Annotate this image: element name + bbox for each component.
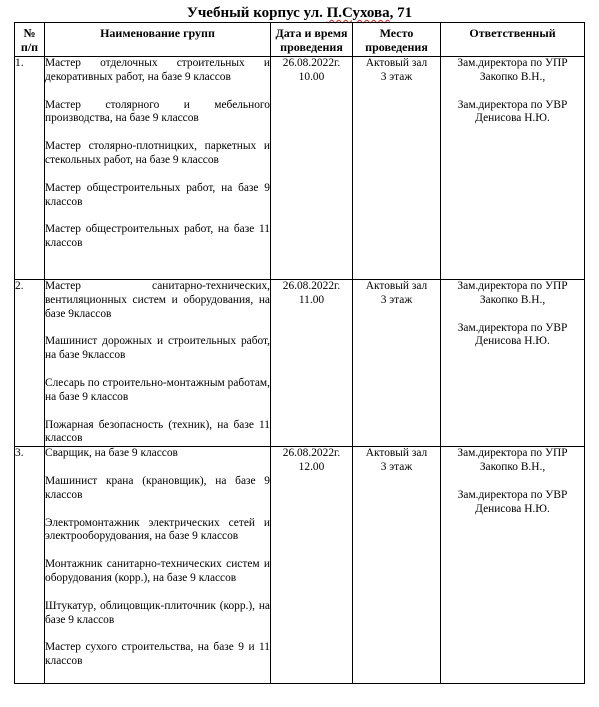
header-date-time: Дата и время проведения (271, 23, 353, 57)
responsible-person: Зам.директора по УВРДенисова Н.Ю. (441, 489, 584, 517)
schedule-table: № п/п Наименование групп Дата и время пр… (14, 22, 585, 684)
responsible-name: Закопко В.Н., (441, 294, 584, 308)
group-item: Пожарная безопасность (техник), на базе … (45, 419, 270, 447)
responsible-cell: Зам.директора по УПРЗакопко В.Н.,Зам.дир… (441, 447, 585, 684)
place-floor: 3 этаж (353, 71, 440, 85)
group-item: Сварщик, на базе 9 классов (45, 447, 270, 461)
responsible-name: Закопко В.Н., (441, 461, 584, 475)
responsible-name: Денисова Н.Ю. (441, 503, 584, 517)
document-title: Учебный корпус ул. П.Сухова, 71 (0, 5, 599, 22)
place-hall: Актовый зал (353, 447, 440, 461)
title-suffix: , 71 (390, 5, 413, 21)
group-item: Мастер столярно-плотницких, паркетных и … (45, 140, 270, 168)
group-list: Сварщик, на базе 9 классовМашинист крана… (45, 447, 271, 684)
responsible-person: Зам.директора по УПРЗакопко В.Н., (441, 280, 584, 308)
event-time: 11.00 (271, 294, 352, 308)
place-cell: Актовый зал 3 этаж (353, 280, 441, 447)
group-item: Машинист крана (крановщик), на базе 9 кл… (45, 475, 270, 503)
group-item: Мастер санитарно-технических, вентиляцио… (45, 280, 270, 321)
table-row-2: 2. Мастер санитарно-технических, вентиля… (15, 280, 585, 447)
date-time-cell: 26.08.2022г. 11.00 (271, 280, 353, 447)
responsible-role: Зам.директора по УВР (441, 99, 584, 113)
header-group-name: Наименование групп (45, 23, 271, 57)
row-number: 1. (15, 57, 45, 280)
title-street-spellcheck: П.Сухова (327, 5, 390, 21)
header-place: Место проведения (353, 23, 441, 57)
responsible-role: Зам.директора по УПР (441, 57, 584, 71)
responsible-person: Зам.директора по УПРЗакопко В.Н., (441, 57, 584, 85)
group-item: Мастер сухого строительства, на базе 9 и… (45, 641, 270, 669)
group-item: Монтажник санитарно-технических систем и… (45, 558, 270, 586)
responsible-person: Зам.директора по УВРДенисова Н.Ю. (441, 99, 584, 127)
date-time-cell: 26.08.2022г. 12.00 (271, 447, 353, 684)
group-item: Машинист дорожных и строительных работ, … (45, 335, 270, 363)
group-item: Мастер общестроительных работ, на базе 1… (45, 223, 270, 251)
group-item: Мастер отделочных строительных и декорат… (45, 57, 270, 85)
table-row-3: 3. Сварщик, на базе 9 классовМашинист кр… (15, 447, 585, 684)
group-item: Электромонтажник электрических сетей и э… (45, 517, 270, 545)
place-hall: Актовый зал (353, 280, 440, 294)
responsible-role: Зам.директора по УВР (441, 322, 584, 336)
group-list: Мастер отделочных строительных и декорат… (45, 57, 271, 280)
responsible-cell: Зам.директора по УПРЗакопко В.Н.,Зам.дир… (441, 57, 585, 280)
responsible-role: Зам.директора по УВР (441, 489, 584, 503)
responsible-person: Зам.директора по УВРДенисова Н.Ю. (441, 322, 584, 350)
group-item: Мастер столярного и мебельного производс… (45, 99, 270, 127)
row-number: 3. (15, 447, 45, 684)
place-floor: 3 этаж (353, 294, 440, 308)
responsible-person: Зам.директора по УПРЗакопко В.Н., (441, 447, 584, 475)
event-date: 26.08.2022г. (271, 447, 352, 461)
responsible-role: Зам.директора по УПР (441, 447, 584, 461)
place-cell: Актовый зал 3 этаж (353, 57, 441, 280)
event-date: 26.08.2022г. (271, 280, 352, 294)
date-time-cell: 26.08.2022г. 10.00 (271, 57, 353, 280)
group-list: Мастер санитарно-технических, вентиляцио… (45, 280, 271, 447)
group-item: Штукатур, облицовщик-плиточник (корр.), … (45, 600, 270, 628)
place-hall: Актовый зал (353, 57, 440, 71)
title-prefix: Учебный корпус ул. (187, 5, 327, 21)
table-header-row: № п/п Наименование групп Дата и время пр… (15, 23, 585, 57)
header-number: № п/п (15, 23, 45, 57)
place-cell: Актовый зал 3 этаж (353, 447, 441, 684)
responsible-name: Закопко В.Н., (441, 71, 584, 85)
place-floor: 3 этаж (353, 461, 440, 475)
event-time: 12.00 (271, 461, 352, 475)
responsible-name: Денисова Н.Ю. (441, 112, 584, 126)
header-responsible: Ответственный (441, 23, 585, 57)
responsible-role: Зам.директора по УПР (441, 280, 584, 294)
event-time: 10.00 (271, 71, 352, 85)
group-item: Слесарь по строительно-монтажным работам… (45, 377, 270, 405)
responsible-name: Денисова Н.Ю. (441, 335, 584, 349)
event-date: 26.08.2022г. (271, 57, 352, 71)
responsible-cell: Зам.директора по УПРЗакопко В.Н.,Зам.дир… (441, 280, 585, 447)
row-number: 2. (15, 280, 45, 447)
table-row-1: 1. Мастер отделочных строительных и деко… (15, 57, 585, 280)
group-item: Мастер общестроительных работ, на базе 9… (45, 182, 270, 210)
